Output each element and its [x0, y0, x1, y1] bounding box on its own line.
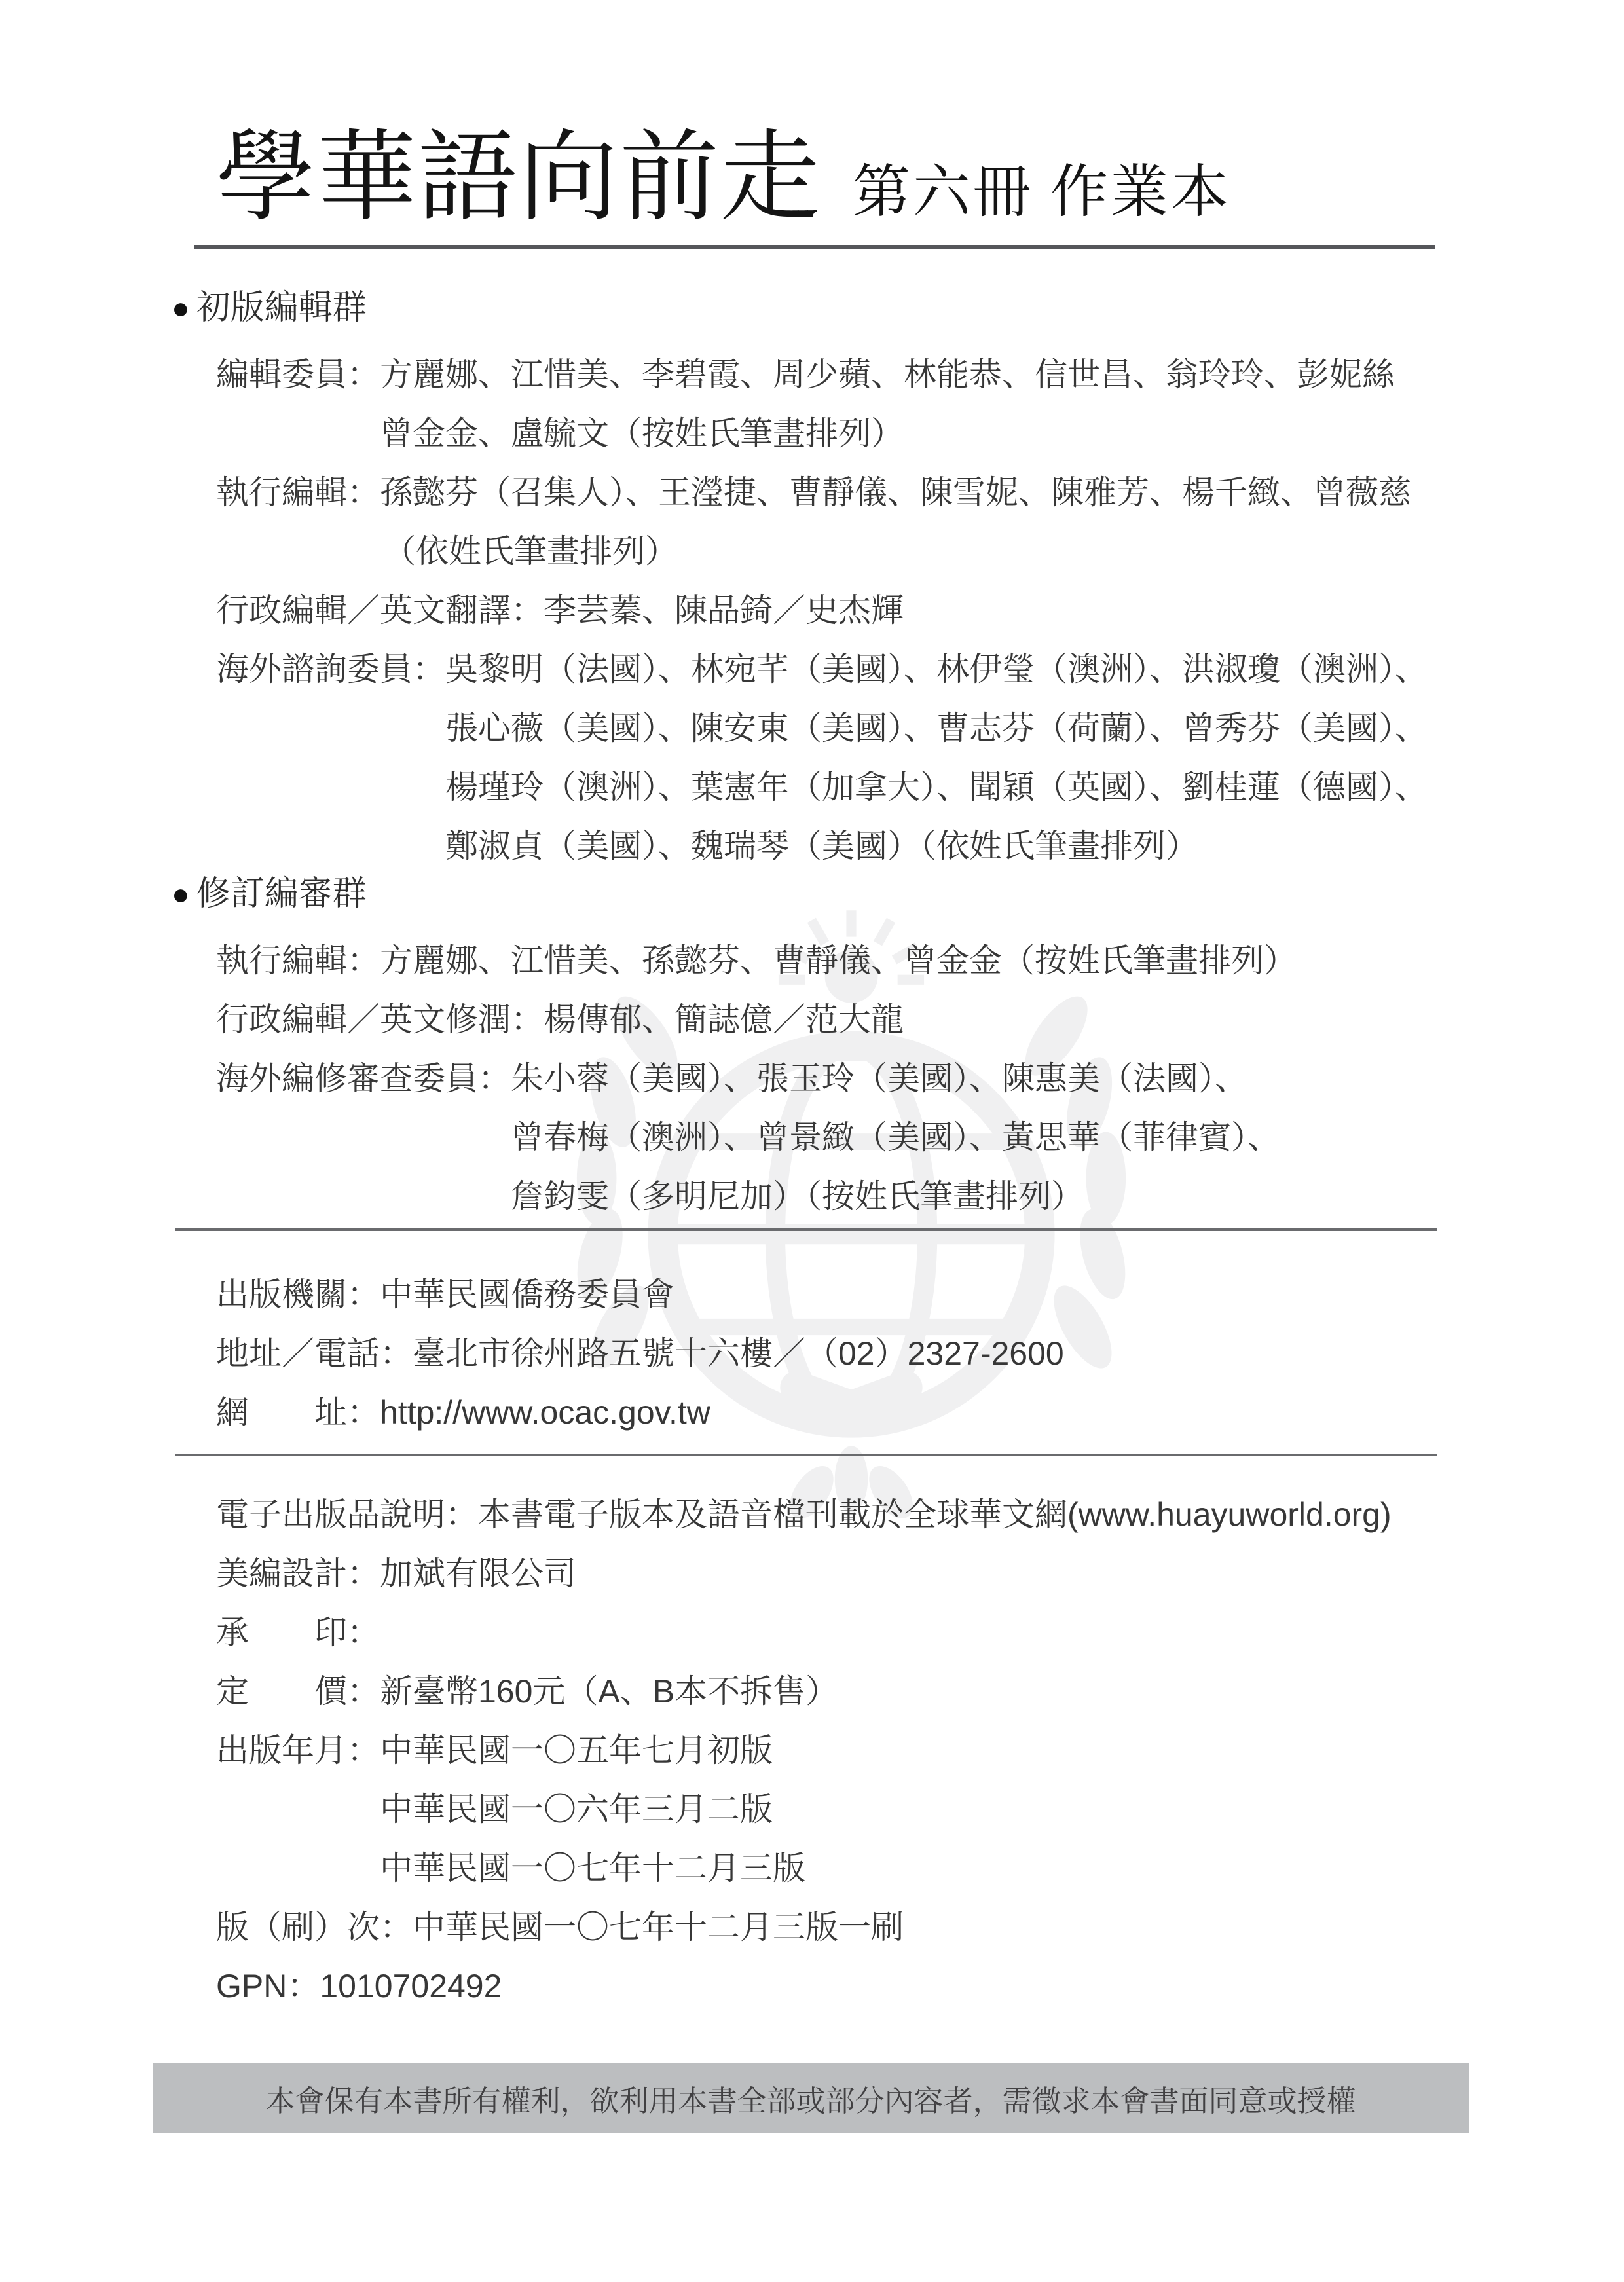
book-title-volume: 第六冊 作業本	[853, 164, 1231, 222]
publisher-line: 出版機關：中華民國僑務委員會	[0, 1265, 1064, 1324]
text-line: 詹鈞雯（多明尼加）（按姓氏筆畫排列）	[0, 1167, 1297, 1226]
publish-date-line: 出版年月：中華民國一〇五年七月初版	[0, 1721, 1392, 1780]
section-publisher-info: 出版機關：中華民國僑務委員會 地址／電話：臺北市徐州路五號十六樓／（02）232…	[0, 1265, 1064, 1442]
colophon-page: 學華語向前走 第六冊 作業本 ● 初版編輯群 編輯委員：方麗娜、江惜美、李碧霞、…	[0, 0, 1624, 2282]
section-revision-editors: ● 修訂編審群 執行編輯：方麗娜、江惜美、孫懿芬、曹靜儀、曾金金（按姓氏筆畫排列…	[0, 864, 1297, 1226]
text-line: 海外諮詢委員：吳黎明（法國）、林宛芊（美國）、林伊瑩（澳洲）、洪淑瓊（澳洲）、	[0, 640, 1428, 699]
section-colophon-info: 電子出版品說明：本書電子版本及語音檔刊載於全球華文網(www.huayuworl…	[0, 1485, 1392, 2015]
bullet-icon: ●	[172, 864, 190, 923]
publish-date-line: 中華民國一〇七年十二月三版	[0, 1839, 1392, 1898]
printing-line: 版（刷）次：中華民國一〇七年十二月三版一刷	[0, 1898, 1392, 1957]
rights-notice-text: 本會保有本書所有權利，欲利用本書全部或部分內容者，需徵求本會書面同意或授權	[265, 2077, 1356, 2120]
section-first-edition-editors: ● 初版編輯群 編輯委員：方麗娜、江惜美、李碧霞、周少蘋、林能恭、信世昌、翁玲玲…	[0, 278, 1428, 875]
e-publication-line: 電子出版品說明：本書電子版本及語音檔刊載於全球華文網(www.huayuworl…	[0, 1485, 1392, 1544]
section-heading-label: 初版編輯群	[196, 278, 367, 337]
text-line: 編輯委員：方麗娜、江惜美、李碧霞、周少蘋、林能恭、信世昌、翁玲玲、彭妮絲	[0, 345, 1428, 404]
text-line: （依姓氏筆畫排列）	[0, 522, 1428, 581]
text-line: 楊瑾玲（澳洲）、葉憲年（加拿大）、聞穎（英國）、劉桂蓮（德國）、	[0, 758, 1428, 817]
book-title-main: 學華語向前走	[216, 128, 821, 228]
text-line: 張心薇（美國）、陳安東（美國）、曹志芬（荷蘭）、曾秀芬（美國）、	[0, 699, 1428, 758]
section-heading: ● 修訂編審群	[0, 864, 1297, 923]
text-line: 行政編輯／英文修潤：楊傳郁、簡誌億／范大龍	[0, 990, 1297, 1049]
section-heading: ● 初版編輯群	[0, 278, 1428, 337]
text-line: 曾金金、盧毓文（按姓氏筆畫排列）	[0, 404, 1428, 463]
website-line: 網 址：http://www.ocac.gov.tw	[0, 1383, 1064, 1442]
printer-line: 承 印：	[0, 1603, 1392, 1662]
book-title: 學華語向前走 第六冊 作業本	[216, 128, 1231, 228]
text-line: 執行編輯：方麗娜、江惜美、孫懿芬、曹靜儀、曾金金（按姓氏筆畫排列）	[0, 931, 1297, 990]
section-heading-label: 修訂編審群	[196, 864, 367, 923]
text-line: 曾春梅（澳洲）、曾景緻（美國）、黃思華（菲律賓）、	[0, 1108, 1297, 1167]
gpn-line: GPN：1010702492	[0, 1957, 1392, 2015]
title-divider-rule	[194, 245, 1435, 249]
bullet-icon: ●	[172, 278, 190, 337]
colophon-divider-rule	[175, 1454, 1437, 1456]
text-line: 海外編修審查委員：朱小蓉（美國）、張玉玲（美國）、陳惠美（法國）、	[0, 1049, 1297, 1108]
address-phone-line: 地址／電話：臺北市徐州路五號十六樓／（02）2327-2600	[0, 1324, 1064, 1383]
rights-notice-bar: 本會保有本書所有權利，欲利用本書全部或部分內容者，需徵求本會書面同意或授權	[153, 2063, 1469, 2133]
text-line: 執行編輯：孫懿芬（召集人）、王瀅捷、曹靜儀、陳雪妮、陳雅芳、楊千緻、曾薇慈	[0, 463, 1428, 522]
publisher-divider-rule	[175, 1228, 1437, 1231]
design-line: 美編設計：加斌有限公司	[0, 1544, 1392, 1603]
price-line: 定 價：新臺幣160元（A、B本不拆售）	[0, 1662, 1392, 1721]
text-line: 行政編輯／英文翻譯：李芸蓁、陳品錡／史杰輝	[0, 581, 1428, 640]
publish-date-line: 中華民國一〇六年三月二版	[0, 1780, 1392, 1839]
